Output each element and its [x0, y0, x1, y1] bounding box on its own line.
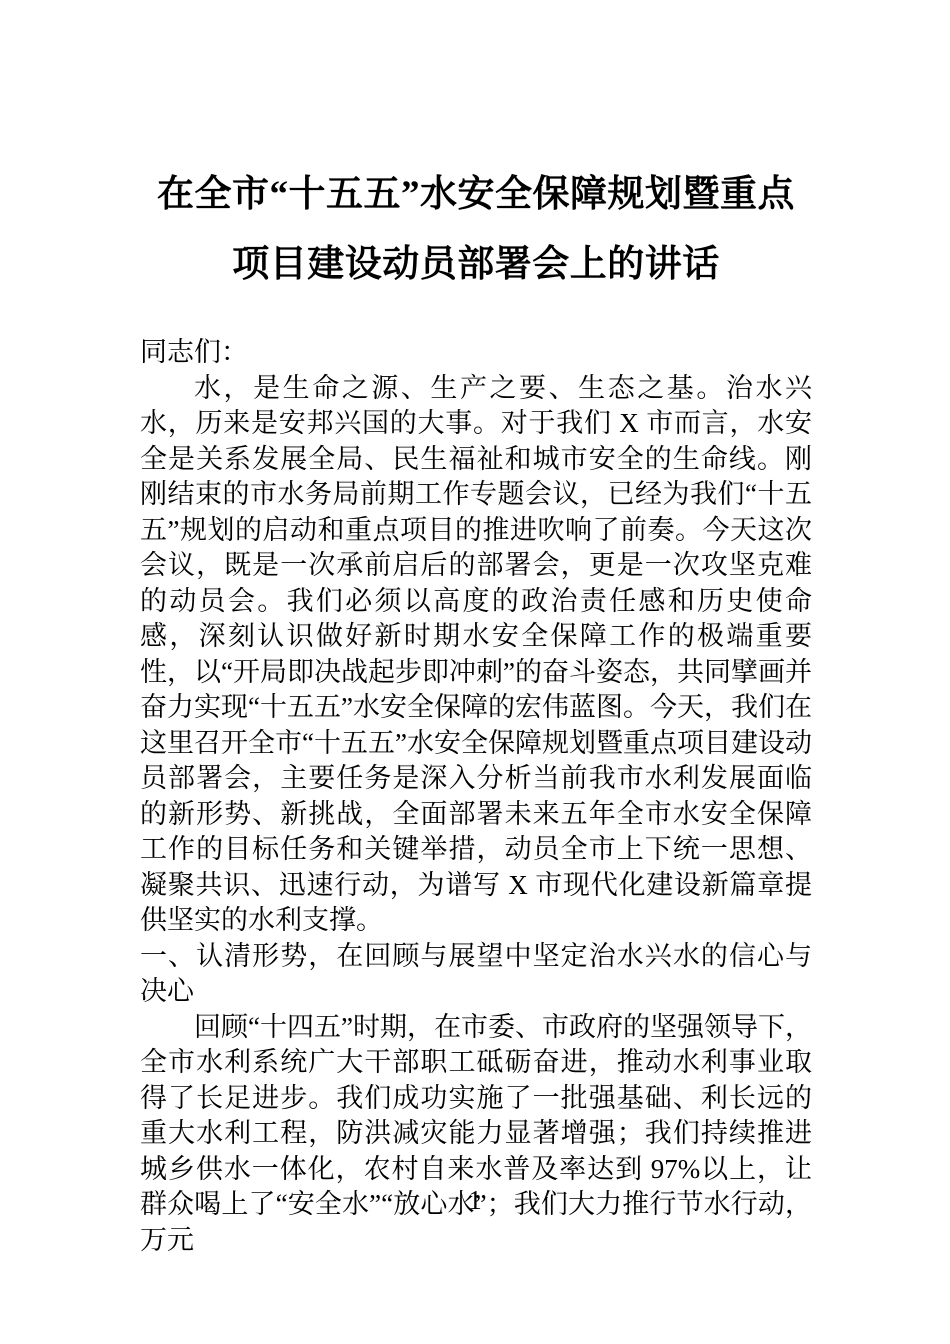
page-number: 1: [0, 1183, 950, 1217]
paragraph-review: 回顾“十四五”时期，在市委、市政府的坚强领导下，全市水利系统广大干部职工砥砺奋进…: [140, 1010, 812, 1259]
document-page: 在全市“十五五”水安全保障规划暨重点 项目建设动员部署会上的讲话 同志们： 水，…: [0, 0, 950, 1344]
section-heading-1: 一、认清形势，在回顾与展望中坚定治水兴水的信心与决心: [140, 939, 812, 1010]
paragraph-opening: 水，是生命之源、生产之要、生态之基。治水兴水，历来是安邦兴国的大事。对于我们 X…: [140, 371, 812, 939]
document-title: 在全市“十五五”水安全保障规划暨重点 项目建设动员部署会上的讲话: [0, 0, 950, 300]
title-line-2: 项目建设动员部署会上的讲话: [140, 230, 812, 300]
salutation: 同志们：: [140, 335, 812, 371]
document-body: 同志们： 水，是生命之源、生产之要、生态之基。治水兴水，历来是安邦兴国的大事。对…: [0, 335, 950, 1258]
title-line-1: 在全市“十五五”水安全保障规划暨重点: [140, 160, 812, 230]
